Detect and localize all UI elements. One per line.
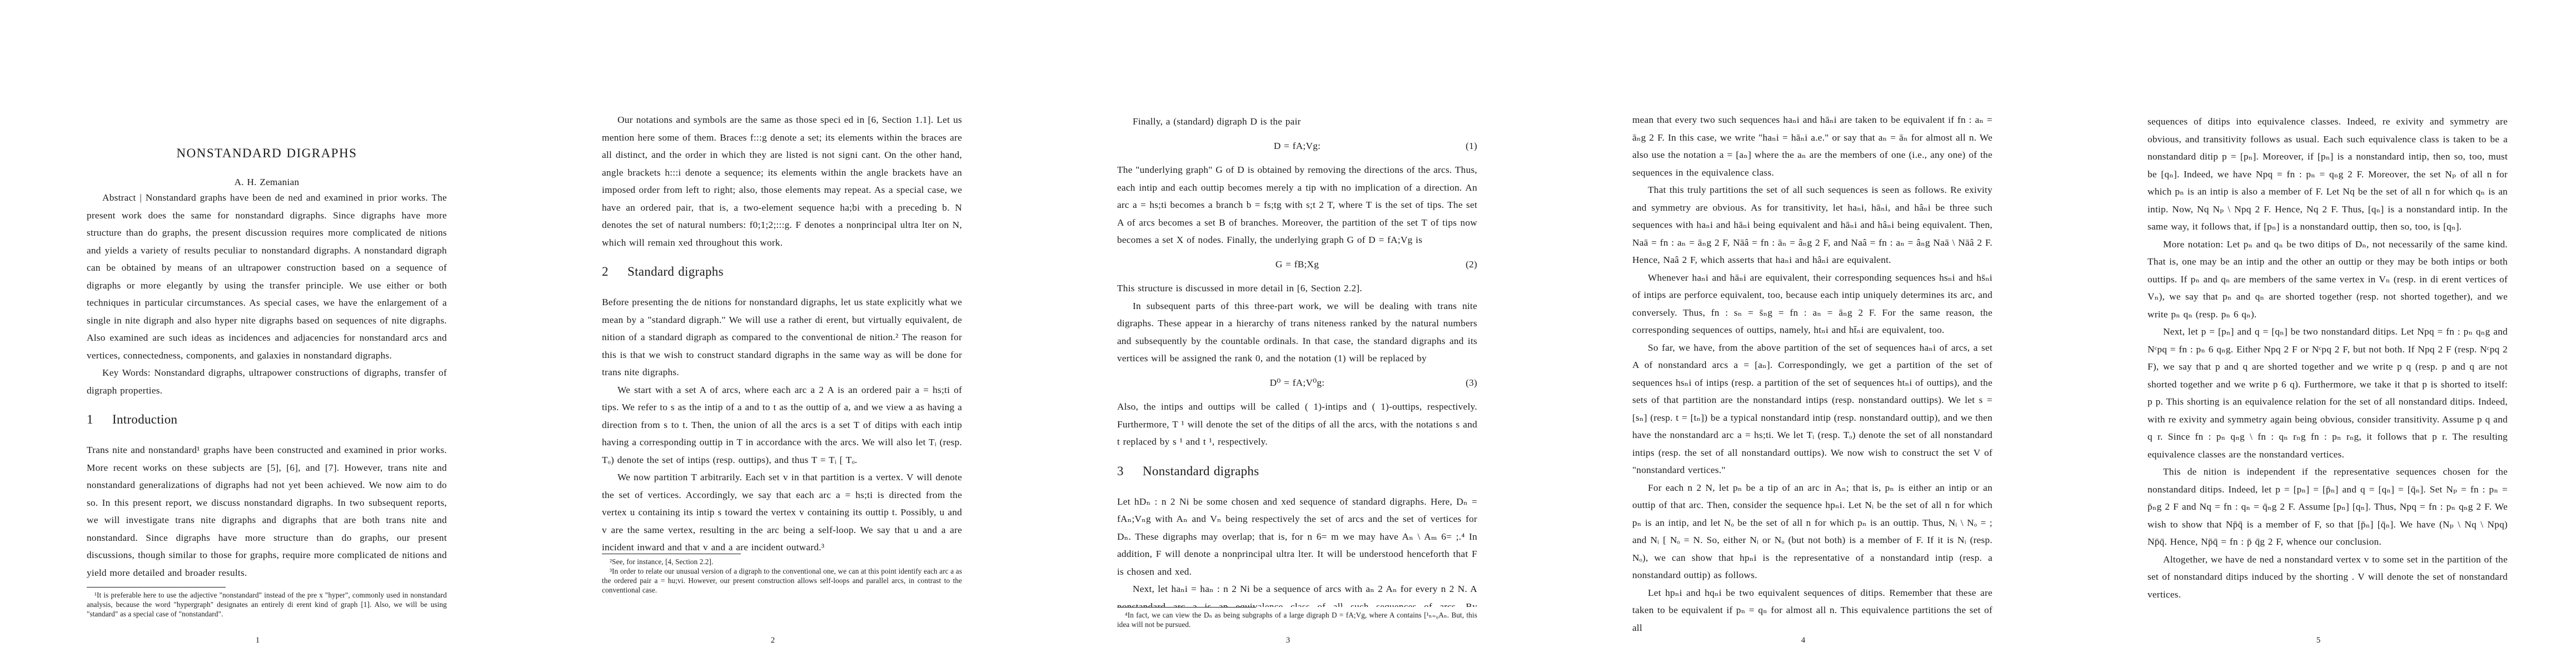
footnote-4: ⁴In fact, we can view the Dₙ as being su… xyxy=(1117,610,1477,629)
body-paragraph: This structure is discussed in more deta… xyxy=(1117,280,1477,297)
equation-number: (2) xyxy=(1466,256,1477,273)
body-paragraph: Let hDₙ : n 2 Ni be some chosen and xed … xyxy=(1117,493,1477,581)
body-paragraph: Let hpₙi and hqₙi be two equivalent sequ… xyxy=(1632,584,1992,637)
equation-3: D⁰ = fA;V⁰g: (3) xyxy=(1117,374,1477,392)
page-number: 4 xyxy=(1546,636,2061,645)
page-2-column: Our notations and symbols are the same a… xyxy=(602,111,962,556)
abstract-paragraph: Abstract | Nonstandard graphs have been … xyxy=(87,189,447,364)
body-paragraph: So far, we have, from the above partitio… xyxy=(1632,339,1992,479)
body-paragraph: Trans nite and nonstandard¹ graphs have … xyxy=(87,441,447,581)
footnote-2: ²See, for instance, [4, Section 2.2]. xyxy=(602,557,962,566)
body-paragraph: In subsequent parts of this three-part w… xyxy=(1117,297,1477,367)
page-4-column: mean that every two such sequences haₙi … xyxy=(1632,111,1992,636)
body-paragraph: Before presenting the de nitions for non… xyxy=(602,293,962,381)
equation-body: D = fA;Vg: xyxy=(1274,141,1321,151)
body-paragraph: More notation: Let pₙ and qₙ be two diti… xyxy=(2148,236,2508,323)
body-paragraph: sequences of ditips into equivalence cla… xyxy=(2148,113,2508,236)
section-number: 2 xyxy=(602,263,627,280)
document-canvas: arXiv:0904.4161v1 [math.CO] 27 Apr 2009 … xyxy=(0,0,2576,667)
body-paragraph: Whenever haₙi and hāₙi are equivalent, t… xyxy=(1632,269,1992,339)
page-1-column: NONSTANDARD DIGRAPHS A. H. Zemanian Abst… xyxy=(87,146,447,581)
footnote-3: ³In order to relate our unusual version … xyxy=(602,566,962,595)
footnote-block: ²See, for instance, [4, Section 2.2]. ³I… xyxy=(602,554,962,595)
footnote-rule xyxy=(87,587,226,588)
paper-title: NONSTANDARD DIGRAPHS xyxy=(87,146,447,161)
body-paragraph: mean that every two such sequences haₙi … xyxy=(1632,111,1992,181)
equation-number: (1) xyxy=(1466,137,1477,155)
page-3: Finally, a (standard) digraph D is the p… xyxy=(1030,0,1546,667)
page-number: 3 xyxy=(1030,636,1546,645)
page-5-column: sequences of ditips into equivalence cla… xyxy=(2148,113,2508,603)
section-heading-introduction: 1Introduction xyxy=(87,411,447,428)
page-5: sequences of ditips into equivalence cla… xyxy=(2061,0,2576,667)
section-heading-nonstandard-digraphs: 3Nonstandard digraphs xyxy=(1117,463,1477,480)
body-paragraph: Also, the intips and outtips will be cal… xyxy=(1117,398,1477,451)
body-paragraph: Altogether, we have de ned a nonstandard… xyxy=(2148,551,2508,604)
equation-body: D⁰ = fA;V⁰g: xyxy=(1270,377,1325,388)
section-title: Standard digraphs xyxy=(627,265,724,278)
body-paragraph: We start with a set A of arcs, where eac… xyxy=(602,381,962,469)
body-paragraph: Finally, a (standard) digraph D is the p… xyxy=(1117,113,1477,131)
page-2: Our notations and symbols are the same a… xyxy=(515,0,1030,667)
section-number: 3 xyxy=(1117,463,1143,480)
body-paragraph: Next, let p = [pₙ] and q = [qₙ] be two n… xyxy=(2148,323,2508,463)
page-4: mean that every two such sequences haₙi … xyxy=(1546,0,2061,667)
section-title: Introduction xyxy=(112,412,177,426)
page-3-column: Finally, a (standard) digraph D is the p… xyxy=(1117,113,1477,633)
body-paragraph: The "underlying graph" G of D is obtaine… xyxy=(1117,161,1477,249)
body-paragraph: We now partition T arbitrarily. Each set… xyxy=(602,469,962,556)
section-title: Nonstandard digraphs xyxy=(1143,464,1259,478)
page-1: NONSTANDARD DIGRAPHS A. H. Zemanian Abst… xyxy=(0,0,515,667)
page-number: 1 xyxy=(0,636,515,645)
footnote-rule xyxy=(1117,607,1256,608)
page-number: 5 xyxy=(2061,636,2576,645)
keywords-paragraph: Key Words: Nonstandard digraphs, ultrapo… xyxy=(87,364,447,399)
body-paragraph: For each n 2 N, let pₙ be a tip of an ar… xyxy=(1632,479,1992,584)
body-paragraph: That this truly partitions the set of al… xyxy=(1632,181,1992,269)
footnote-1: ¹It is preferable here to use the adject… xyxy=(87,590,447,619)
footnote-block: ¹It is preferable here to use the adject… xyxy=(87,587,447,619)
body-paragraph: Our notations and symbols are the same a… xyxy=(602,111,962,251)
footnote-rule xyxy=(602,554,741,554)
page-number: 2 xyxy=(515,636,1030,645)
equation-body: G = fB;Xg xyxy=(1275,259,1319,270)
paper-author: A. H. Zemanian xyxy=(87,176,447,189)
body-paragraph: This de nition is independent if the rep… xyxy=(2148,463,2508,551)
section-heading-standard-digraphs: 2Standard digraphs xyxy=(602,263,962,280)
equation-2: G = fB;Xg (2) xyxy=(1117,256,1477,273)
footnote-block: ⁴In fact, we can view the Dₙ as being su… xyxy=(1117,607,1477,629)
equation-1: D = fA;Vg: (1) xyxy=(1117,137,1477,155)
equation-number: (3) xyxy=(1466,374,1477,392)
section-number: 1 xyxy=(87,411,112,428)
